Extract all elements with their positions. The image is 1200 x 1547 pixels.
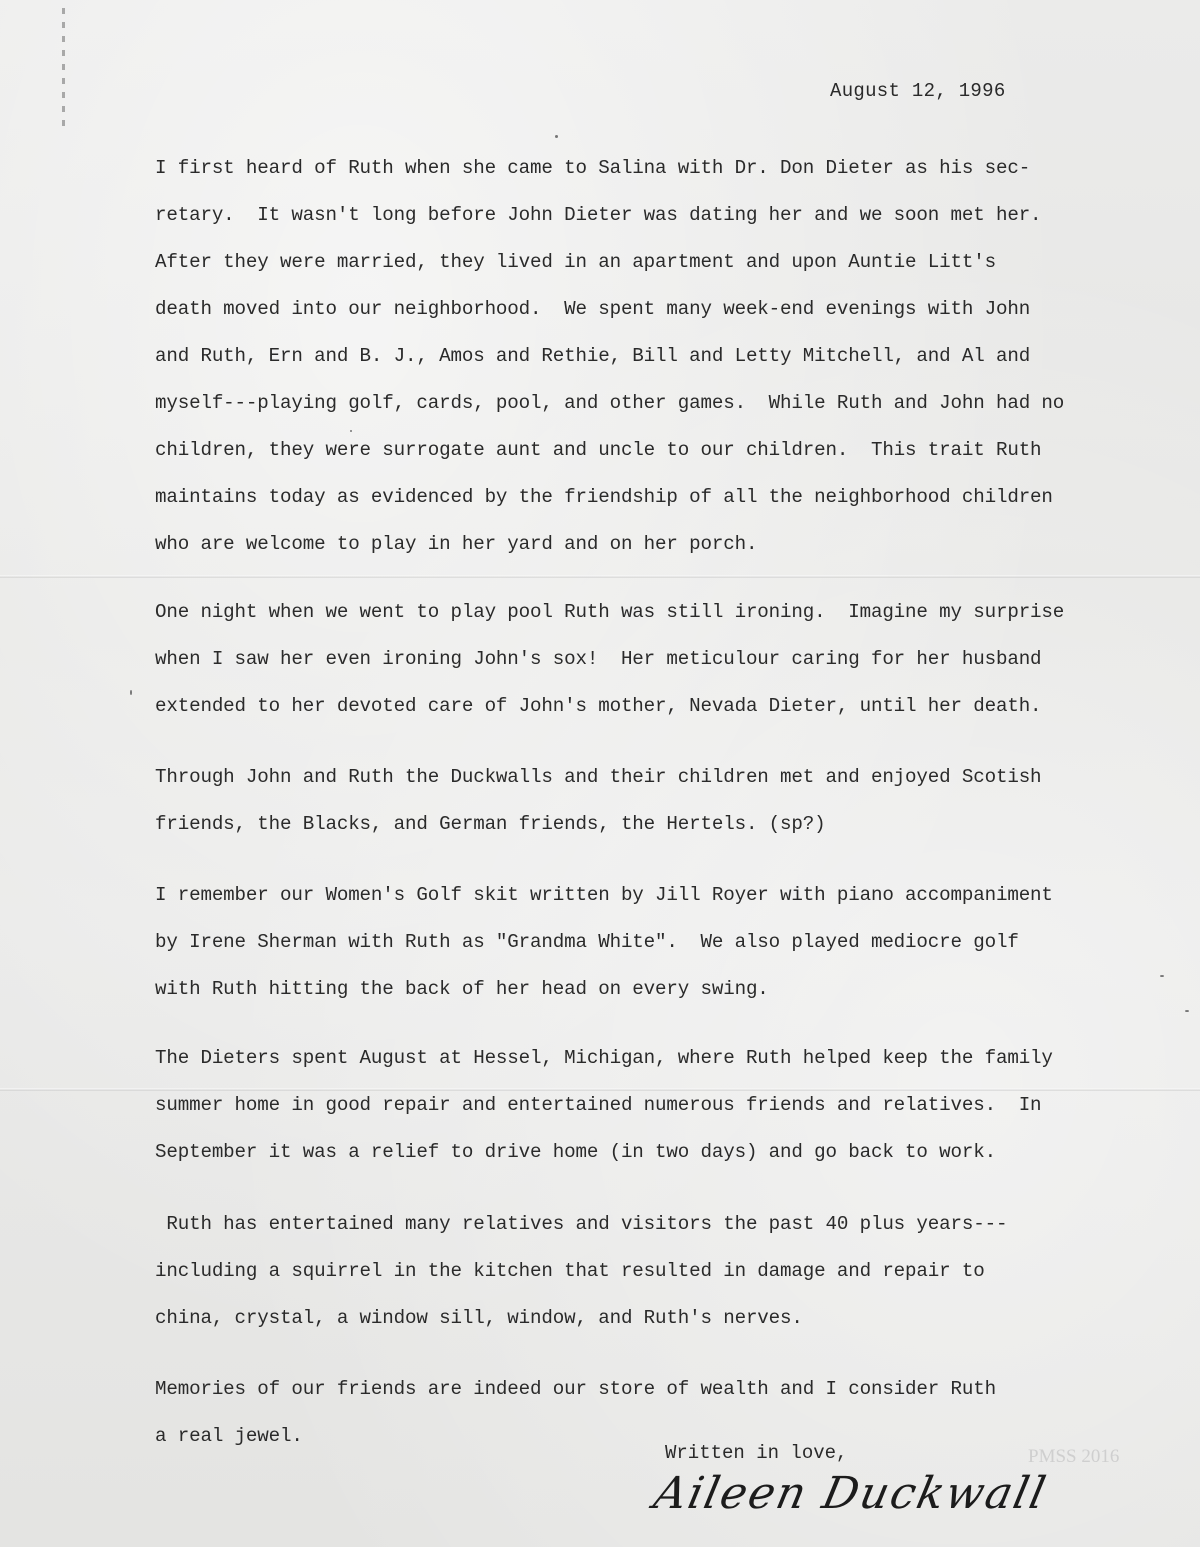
text-line: and Ruth, Ern and B. J., Amos and Rethie… [155,333,1115,380]
text-line: Memories of our friends are indeed our s… [155,1366,1115,1413]
paragraph-2: One night when we went to play pool Ruth… [155,589,1115,730]
text-line: I first heard of Ruth when she came to S… [155,145,1115,192]
text-line: a real jewel. [155,1413,1115,1460]
text-line: September it was a relief to drive home … [155,1129,1115,1176]
paragraph-5: The Dieters spent August at Hessel, Mich… [155,1035,1115,1176]
text-line: maintains today as evidenced by the frie… [155,474,1115,521]
paragraph-4: I remember our Women's Golf skit written… [155,872,1115,1013]
closing-text: Written in love, [665,1442,847,1464]
text-line: retary. It wasn't long before John Diete… [155,192,1115,239]
text-line: with Ruth hitting the back of her head o… [155,966,1115,1013]
paper-speck [555,135,558,138]
paper-speck [130,690,132,695]
paper-speck [350,430,352,432]
text-line: children, they were surrogate aunt and u… [155,427,1115,474]
paper-speck [1185,1010,1189,1012]
text-line: The Dieters spent August at Hessel, Mich… [155,1035,1115,1082]
paper-fold-line [0,575,1200,578]
text-line: including a squirrel in the kitchen that… [155,1248,1115,1295]
text-line: summer home in good repair and entertain… [155,1082,1115,1129]
typed-letter-page: August 12, 1996 I first heard of Ruth wh… [0,0,1200,1547]
text-line: by Irene Sherman with Ruth as "Grandma W… [155,919,1115,966]
paper-speck [1160,975,1164,977]
text-line: friends, the Blacks, and German friends,… [155,801,1115,848]
text-line: myself---playing golf, cards, pool, and … [155,380,1115,427]
text-line: I remember our Women's Golf skit written… [155,872,1115,919]
margin-scratch-marks [62,8,65,128]
paragraph-1: I first heard of Ruth when she came to S… [155,145,1115,568]
text-line: After they were married, they lived in a… [155,239,1115,286]
text-line: death moved into our neighborhood. We sp… [155,286,1115,333]
text-line: who are welcome to play in her yard and … [155,521,1115,568]
text-line: One night when we went to play pool Ruth… [155,589,1115,636]
text-line: Ruth has entertained many relatives and … [155,1201,1115,1248]
paragraph-6: Ruth has entertained many relatives and … [155,1201,1115,1342]
handwritten-signature: Aileen Duckwall [650,1468,1052,1519]
text-line: extended to her devoted care of John's m… [155,683,1115,730]
paragraph-3: Through John and Ruth the Duckwalls and … [155,754,1115,848]
text-line: when I saw her even ironing John's sox! … [155,636,1115,683]
watermark: PMSS 2016 [1028,1446,1119,1468]
text-line: Through John and Ruth the Duckwalls and … [155,754,1115,801]
paragraph-7: Memories of our friends are indeed our s… [155,1366,1115,1460]
text-line: china, crystal, a window sill, window, a… [155,1295,1115,1342]
letter-date: August 12, 1996 [830,80,1006,102]
